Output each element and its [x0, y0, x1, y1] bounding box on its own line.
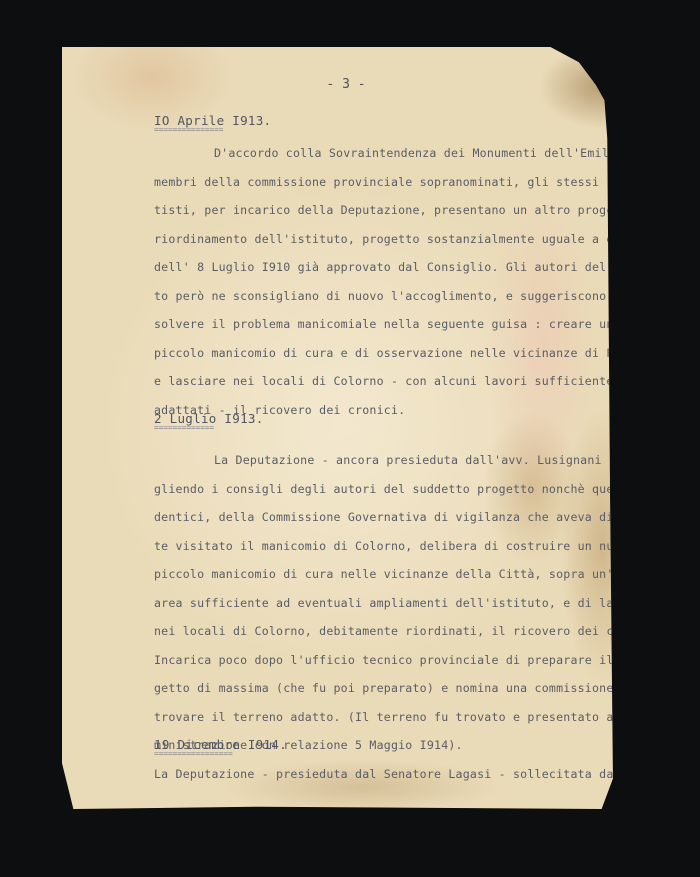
section-paragraph: La Deputazione - presieduta dal Senatore…: [154, 760, 606, 789]
text-line: La Deputazione - ancora presieduta dall'…: [154, 446, 606, 475]
section-paragraph: D'accordo colla Sovraintendenza dei Monu…: [154, 139, 606, 424]
section-paragraph: La Deputazione - ancora presieduta dall'…: [154, 446, 606, 760]
text-line: nei locali di Colorno, debitamente riord…: [154, 617, 606, 646]
text-line: to però ne sconsigliano di nuovo l'accog…: [154, 282, 606, 311]
text-line: riordinamento dell'istituto, progetto so…: [154, 225, 606, 254]
text-line: gliendo i consigli degli autori del sudd…: [154, 475, 606, 504]
page-number: - 3 -: [62, 77, 630, 92]
text-line: e lasciare nei locali di Colorno - con a…: [154, 367, 606, 396]
text-line: getto di massima (che fu poi preparato) …: [154, 674, 606, 703]
text-line: dell' 8 Luglio I910 già approvato dal Co…: [154, 253, 606, 282]
text-line: trovare il terreno adatto. (Il terreno f…: [154, 703, 606, 732]
text-line: tisti, per incarico della Deputazione, p…: [154, 196, 606, 225]
text-line: piccolo manicomio di cura nelle vicinanz…: [154, 560, 606, 589]
text-line: La Deputazione - presieduta dal Senatore…: [154, 760, 606, 789]
text-line: Incarica poco dopo l'ufficio tecnico pro…: [154, 646, 606, 675]
text-line: solvere il problema manicomiale nella se…: [154, 310, 606, 339]
typewritten-page: - 3 - IO Aprile I913. =============== D'…: [62, 47, 630, 809]
section-date-heading: IO Aprile I913. ===============: [154, 113, 271, 134]
text-line: D'accordo colla Sovraintendenza dei Monu…: [154, 139, 606, 168]
text-line: membri della commissione provinciale sop…: [154, 168, 606, 197]
text-line: piccolo manicomio di cura e di osservazi…: [154, 339, 606, 368]
text-line: te visitato il manicomio di Colorno, del…: [154, 532, 606, 561]
text-line: area sufficiente ad eventuali ampliament…: [154, 589, 606, 618]
section-date-heading: 19 Dicembre I914. =================: [154, 737, 287, 758]
section-date-heading: 2 Luglio I913. =============: [154, 411, 264, 432]
text-line: dentici, della Commissione Governativa d…: [154, 503, 606, 532]
